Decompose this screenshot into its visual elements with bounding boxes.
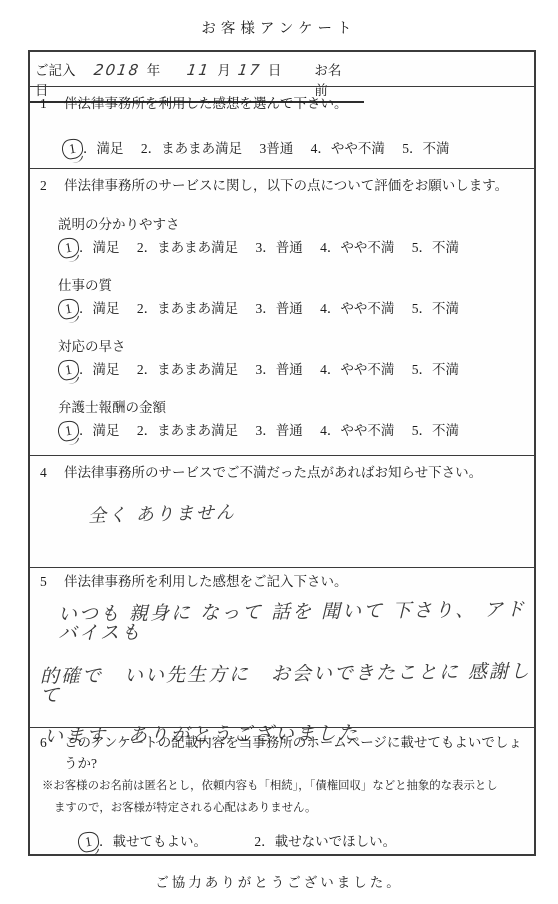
- option-number: 5: [412, 362, 419, 377]
- question-6-section: 6 このアンケートの記載内容を当事務所のホームページに載せてもよいでしょうか? …: [30, 727, 534, 854]
- q1-option-5-label: ．不満: [409, 141, 450, 156]
- option-label: ．やや不満: [327, 362, 395, 377]
- q5-handwritten-line-2: 的確で いい先生方に お会いできたことに 感謝して: [40, 662, 534, 705]
- day-unit-label: 日: [268, 59, 282, 79]
- q6-anonymity-note-line-1: ※お客様のお名前は匿名とし，依頼内容も「相続」，「債権回収」などと抽象的な表示と…: [42, 777, 534, 797]
- option-number: 5: [412, 423, 419, 438]
- option-number: 2: [137, 240, 144, 255]
- option-label: ．不満: [419, 423, 460, 438]
- q1-option-3: 3普通: [260, 141, 294, 156]
- q2-quality-option-3: 3．普通: [256, 301, 303, 316]
- question-6-number: 6: [40, 733, 64, 775]
- q2-quality-selected-circle: 1: [57, 297, 81, 320]
- question-6-options: 1．載せてもよい。 2．載せないでほしい。: [30, 830, 534, 852]
- q1-option-2-label: ．まあまあ満足: [148, 141, 243, 156]
- q2-item-speed-options: 1．満足 2．まあまあ満足 3．普通 4．やや不満 5．不満: [30, 358, 534, 380]
- question-4-text: 伴法律事務所のサービスでご不満だった点があればお知らせ下さい。: [64, 463, 526, 484]
- q2-item-explanation-options: 1．満足 2．まあまあ満足 3．普通 4．やや不満 5．不満: [30, 236, 534, 258]
- q2-speed-option-4: 4．やや不満: [320, 362, 394, 377]
- q2-explanation-option-4: 4．やや不満: [320, 240, 394, 255]
- option-number: 4: [320, 240, 327, 255]
- q2-speed-option-5: 5．不満: [412, 362, 459, 377]
- q6-anonymity-note-line-2: ますので，お客様が特定される心配はありません。: [54, 799, 534, 819]
- handwritten-year: 2018: [92, 61, 141, 79]
- option-label: ．まあまあ満足: [144, 301, 239, 316]
- option-label: ．やや不満: [327, 423, 395, 438]
- q1-option-5-number: 5: [402, 141, 409, 156]
- month-unit-label: 月: [217, 59, 231, 79]
- option-label: ．まあまあ満足: [144, 362, 239, 377]
- question-6-text: このアンケートの記載内容を当事務所のホームページに載せてもよいでしょうか?: [64, 733, 526, 775]
- option-label: ．満足: [79, 301, 120, 316]
- q2-explanation-selected-circle: 1: [57, 236, 81, 259]
- option-label: ．やや不満: [327, 301, 395, 316]
- q2-fees-option-1: 1．満足: [58, 423, 120, 438]
- q2-speed-option-2: 2．まあまあ満足: [137, 362, 238, 377]
- q6-option-1-label: ．載せてもよい。: [99, 834, 207, 849]
- q2-item-quality-label: 仕事の質: [58, 274, 534, 294]
- question-2-section: 2 伴法律事務所のサービスに関し，以下の点について評価をお願いします。 説明の分…: [30, 168, 534, 455]
- q2-item-fees-options: 1．満足 2．まあまあ満足 3．普通 4．やや不満 5．不満: [30, 419, 534, 441]
- handwritten-month: 11: [186, 61, 212, 79]
- q6-option-2: 2．載せないでほしい。: [254, 834, 396, 849]
- date-name-row: ご記入日 2018 年 11 月 17 日 お名前: [30, 52, 534, 86]
- option-label: ．普通: [262, 301, 303, 316]
- q2-quality-option-1: 1．満足: [58, 301, 120, 316]
- q6-option-2-label: ．載せないでほしい。: [261, 834, 396, 849]
- q1-option-2-number: 2: [141, 141, 148, 156]
- q1-option-1: 1．満足: [62, 141, 124, 156]
- q2-quality-option-5: 5．不満: [412, 301, 459, 316]
- question-1-text: 伴法律事務所を利用した感想を選んで下さい。: [64, 94, 526, 115]
- question-1-options: 1．満足 2．まあまあ満足 3普通 4．やや不満 5．不満: [30, 137, 534, 159]
- option-label: ．普通: [262, 240, 303, 255]
- question-4-number: 4: [40, 463, 64, 484]
- option-label: ．不満: [419, 301, 460, 316]
- question-5-heading: 5 伴法律事務所を利用した感想をご記入下さい。: [30, 568, 534, 593]
- q2-quality-option-2: 2．まあまあ満足: [137, 301, 238, 316]
- q2-fees-option-4: 4．やや不満: [320, 423, 394, 438]
- question-1-number: 1: [40, 94, 64, 115]
- question-5-section: 5 伴法律事務所を利用した感想をご記入下さい。 いつも 親身に なって 話を 聞…: [30, 567, 534, 727]
- option-label: ．まあまあ満足: [144, 240, 239, 255]
- page-title: お客様アンケート: [0, 0, 558, 38]
- question-5-text: 伴法律事務所を利用した感想をご記入下さい。: [64, 572, 526, 593]
- option-number: 4: [320, 362, 327, 377]
- question-5-number: 5: [40, 572, 64, 593]
- question-2-number: 2: [40, 176, 64, 197]
- option-label: ．満足: [79, 423, 120, 438]
- q6-option-1: 1．載せてもよい。: [78, 834, 207, 849]
- question-6-heading: 6 このアンケートの記載内容を当事務所のホームページに載せてもよいでしょうか?: [30, 728, 534, 775]
- question-1-heading: 1 伴法律事務所を利用した感想を選んで下さい。: [30, 87, 534, 115]
- option-number: 2: [137, 362, 144, 377]
- handwritten-day: 17: [237, 61, 263, 79]
- option-label: ．満足: [79, 240, 120, 255]
- q2-fees-option-5: 5．不満: [412, 423, 459, 438]
- q2-fees-option-2: 2．まあまあ満足: [137, 423, 238, 438]
- q2-quality-option-4: 4．やや不満: [320, 301, 394, 316]
- q1-option-4: 4．やや不満: [311, 141, 385, 156]
- scanned-survey-page: お客様アンケート ご記入日 2018 年 11 月 17 日 お名前 1 伴法律…: [0, 0, 558, 38]
- q2-speed-option-1: 1．満足: [58, 362, 120, 377]
- footer-thanks: ご協力ありがとうございました。: [0, 871, 558, 891]
- option-number: 2: [137, 301, 144, 316]
- q1-option-1-label: ．満足: [83, 141, 124, 156]
- survey-form: ご記入日 2018 年 11 月 17 日 お名前 1 伴法律事務所を利用した感…: [28, 50, 536, 856]
- q2-explanation-option-2: 2．まあまあ満足: [137, 240, 238, 255]
- q2-explanation-option-3: 3．普通: [256, 240, 303, 255]
- q1-selected-circle: 1: [61, 137, 85, 160]
- option-number: 2: [137, 423, 144, 438]
- option-label: ．不満: [419, 362, 460, 377]
- q2-fees-selected-circle: 1: [57, 419, 81, 442]
- option-number: 5: [412, 240, 419, 255]
- q1-option-2: 2．まあまあ満足: [141, 141, 242, 156]
- q1-option-3-label: 普通: [266, 141, 293, 156]
- q2-explanation-option-1: 1．満足: [58, 240, 120, 255]
- question-4-section: 4 伴法律事務所のサービスでご不満だった点があればお知らせ下さい。 全く ありま…: [30, 455, 534, 567]
- option-label: ．普通: [262, 362, 303, 377]
- option-label: ．まあまあ満足: [144, 423, 239, 438]
- q2-item-explanation-label: 説明の分かりやすさ: [58, 213, 534, 233]
- option-label: ．不満: [419, 240, 460, 255]
- q4-handwritten-answer: 全く ありません: [88, 498, 236, 528]
- question-2-text: 伴法律事務所のサービスに関し，以下の点について評価をお願いします。: [64, 176, 526, 197]
- option-label: ．やや不満: [327, 240, 395, 255]
- q2-explanation-option-5: 5．不満: [412, 240, 459, 255]
- q1-option-5: 5．不満: [402, 141, 449, 156]
- q5-handwritten-line-1: いつも 親身に なって 話を 聞いて 下さり、 アドバイスも: [58, 600, 534, 643]
- q2-fees-option-3: 3．普通: [256, 423, 303, 438]
- question-4-heading: 4 伴法律事務所のサービスでご不満だった点があればお知らせ下さい。: [30, 456, 534, 484]
- q2-item-fees-label: 弁護士報酬の金額: [58, 396, 534, 416]
- question-2-heading: 2 伴法律事務所のサービスに関し，以下の点について評価をお願いします。: [30, 169, 534, 197]
- year-unit-label: 年: [147, 59, 161, 79]
- q2-speed-option-3: 3．普通: [256, 362, 303, 377]
- option-number: 4: [320, 301, 327, 316]
- option-label: ．普通: [262, 423, 303, 438]
- q2-item-speed-label: 対応の早さ: [58, 335, 534, 355]
- q2-speed-selected-circle: 1: [57, 358, 81, 381]
- option-number: 5: [412, 301, 419, 316]
- option-label: ．満足: [79, 362, 120, 377]
- question-1-section: 1 伴法律事務所を利用した感想を選んで下さい。 1．満足 2．まあまあ満足 3普…: [30, 86, 534, 168]
- q2-item-quality-options: 1．満足 2．まあまあ満足 3．普通 4．やや不満 5．不満: [30, 297, 534, 319]
- option-number: 4: [320, 423, 327, 438]
- q6-selected-circle: 1: [77, 830, 101, 853]
- q1-option-4-label: ．やや不満: [317, 141, 385, 156]
